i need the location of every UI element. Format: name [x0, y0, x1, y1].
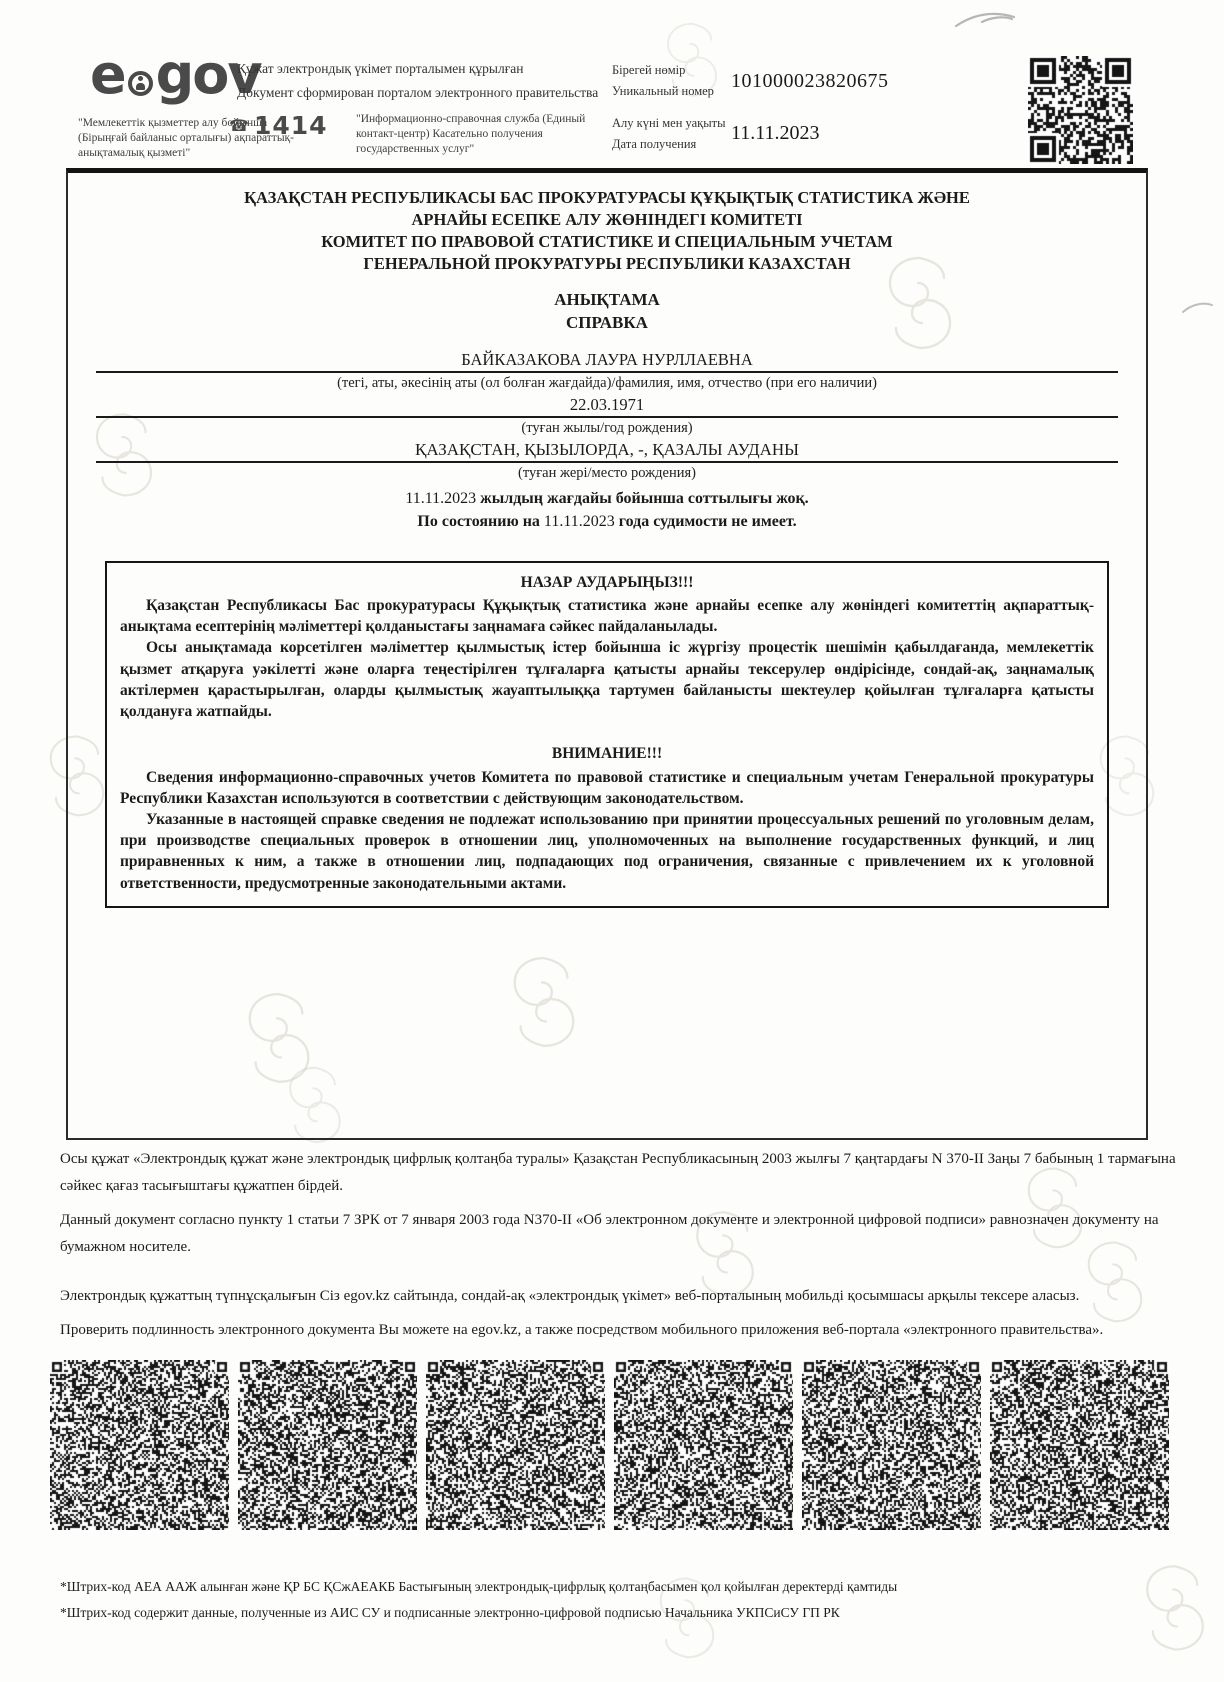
title-line-4: ГЕНЕРАЛЬНОЙ ПРОКУРАТУРЫ РЕСПУБЛИКИ КАЗАХ…: [74, 253, 1140, 275]
attention-paragraph-ru-1: Сведения информационно-справочных учетов…: [120, 767, 1094, 809]
statement-prefix-ru: По состоянию на: [417, 513, 544, 530]
attention-paragraph-kz-2: Осы анықтамада корсетілген мәліметтер қы…: [120, 637, 1094, 722]
egov-logo: e gov: [90, 48, 261, 102]
receive-date-label-ru: Дата получения: [612, 134, 742, 155]
title-line-2: АРНАЙЫ ЕСЕПКЕ АЛУ ЖӨНІНДЕГІ КОМИТЕТІ: [74, 209, 1140, 231]
attention-heading-kz: НАЗАР АУДАРЫҢЫЗ!!!: [120, 572, 1094, 593]
no-conviction-statement-kz: 11.11.2023 жылдың жағдайы бойынша соттыл…: [74, 490, 1140, 508]
statement-date-ru: 11.11.2023: [544, 513, 615, 530]
receive-date-label-kz: Алу күні мен уақыты: [612, 113, 742, 134]
attention-notice-box: НАЗАР АУДАРЫҢЫЗ!!! Қазақстан Республикас…: [105, 561, 1109, 908]
legal-equivalence-text: Осы құжат «Электрондық құжат және электр…: [60, 1146, 1178, 1344]
notice-spacer: [120, 722, 1094, 740]
birth-date: 22.03.1971: [570, 395, 644, 414]
unique-number-labels: Бірегей нөмір Уникальный номер: [612, 60, 742, 103]
birth-place-field: ҚАЗАҚСТАН, ҚЫЗЫЛОРДА, -, ҚАЗАЛЫ АУДАНЫ: [96, 440, 1118, 463]
contact-phone: ☎ 1414: [229, 111, 328, 140]
unique-number-label-ru: Уникальный номер: [612, 81, 742, 102]
attention-paragraph-kz-1: Қазақстан Республикасы Бас прокуратурасы…: [120, 595, 1094, 637]
legal-paragraph-kz-1: Осы құжат «Электрондық құжат және электр…: [60, 1146, 1178, 1200]
document-origin-lines: Құжат электрондық үкімет порталымен құры…: [237, 57, 617, 104]
origin-line-ru: Документ сформирован порталом электронно…: [237, 81, 617, 105]
barcode-block: [426, 1360, 605, 1530]
barcode-block: [802, 1360, 981, 1530]
no-conviction-statement-ru: По состоянию на 11.11.2023 года судимост…: [74, 513, 1140, 531]
pen-scratch-mark: [1180, 296, 1216, 318]
barcode-block: [990, 1360, 1169, 1530]
unique-number-label-kz: Бірегей нөмір: [612, 60, 742, 81]
document-type-kz: АНЫҚТАМА: [74, 288, 1140, 311]
qr-code: [1028, 56, 1133, 164]
attention-heading-ru: ВНИМАНИЕ!!!: [120, 743, 1094, 764]
document-body-frame: ҚАЗАҚСТАН РЕСПУБЛИКАСЫ БАС ПРОКУРАТУРАСЫ…: [66, 168, 1148, 1140]
person-name-caption: (тегі, аты, әкесінің аты (ол болған жағд…: [74, 373, 1140, 395]
birth-date-field: 22.03.1971: [96, 395, 1118, 418]
phone-handset-icon: ☎: [229, 116, 249, 135]
barcode-block: [50, 1360, 229, 1530]
barcode-footnote-ru: *Штрих-код содержит данные, полученные и…: [60, 1600, 1180, 1626]
contact-center-ru: "Информационно-справочная служба (Единый…: [356, 112, 614, 157]
receive-date-value: 11.11.2023: [731, 122, 820, 145]
attention-paragraph-ru-2: Указанные в настоящей справке сведения н…: [120, 809, 1094, 894]
person-name: БАЙКАЗАКОВА ЛАУРА НУРЛЛАЕВНА: [461, 350, 753, 369]
signature-barcode-strip: [50, 1360, 1170, 1530]
barcode-block: [614, 1360, 793, 1530]
document-type-ru: СПРАВКА: [74, 311, 1140, 334]
title-line-3: КОМИТЕТ ПО ПРАВОВОЙ СТАТИСТИКЕ И СПЕЦИАЛ…: [74, 231, 1140, 253]
unique-number-value: 101000023820675: [731, 70, 889, 93]
issuing-authority-title: ҚАЗАҚСТАН РЕСПУБЛИКАСЫ БАС ПРОКУРАТУРАСЫ…: [74, 187, 1140, 275]
pen-scratch-mark: [952, 4, 1022, 34]
person-name-field: БАЙКАЗАКОВА ЛАУРА НУРЛЛАЕВНА: [96, 350, 1118, 373]
legal-paragraph-ru-1: Данный документ согласно пункту 1 статьи…: [60, 1207, 1178, 1261]
document-type-heading: АНЫҚТАМА СПРАВКА: [74, 288, 1140, 335]
statement-text-kz: жылдың жағдайы бойынша соттылығы жоқ.: [476, 490, 809, 507]
statement-date-kz: 11.11.2023: [405, 490, 476, 507]
scanned-certificate-page: { "header": { "logo_left": "e", "logo_ri…: [0, 0, 1224, 1682]
birth-date-caption: (туған жылы/год рождения): [74, 418, 1140, 440]
birth-place: ҚАЗАҚСТАН, ҚЫЗЫЛОРДА, -, ҚАЗАЛЫ АУДАНЫ: [415, 440, 799, 459]
statement-suffix-ru: года судимости не имеет.: [615, 513, 797, 530]
origin-line-kz: Құжат электрондық үкімет порталымен құры…: [237, 57, 617, 81]
birth-place-caption: (туған жері/место рождения): [74, 463, 1140, 485]
egov-person-circle-icon: [128, 71, 153, 96]
legal-paragraph-kz-2: Электрондық құжаттың түпнұсқалығын Сіз e…: [60, 1283, 1178, 1310]
title-line-1: ҚАЗАҚСТАН РЕСПУБЛИКАСЫ БАС ПРОКУРАТУРАСЫ…: [74, 187, 1140, 209]
barcode-footnote-kz: *Штрих-код АЕА ААЖ алынған және ҚР БС ҚС…: [60, 1574, 1180, 1600]
barcode-block: [238, 1360, 417, 1530]
phone-number: 1414: [254, 111, 328, 140]
egov-logo-text-left: e: [90, 48, 125, 102]
legal-paragraph-ru-2: Проверить подлинность электронного докум…: [60, 1317, 1178, 1344]
receive-date-labels: Алу күні мен уақыты Дата получения: [612, 113, 742, 156]
barcode-footnotes: *Штрих-код АЕА ААЖ алынған және ҚР БС ҚС…: [60, 1574, 1180, 1626]
